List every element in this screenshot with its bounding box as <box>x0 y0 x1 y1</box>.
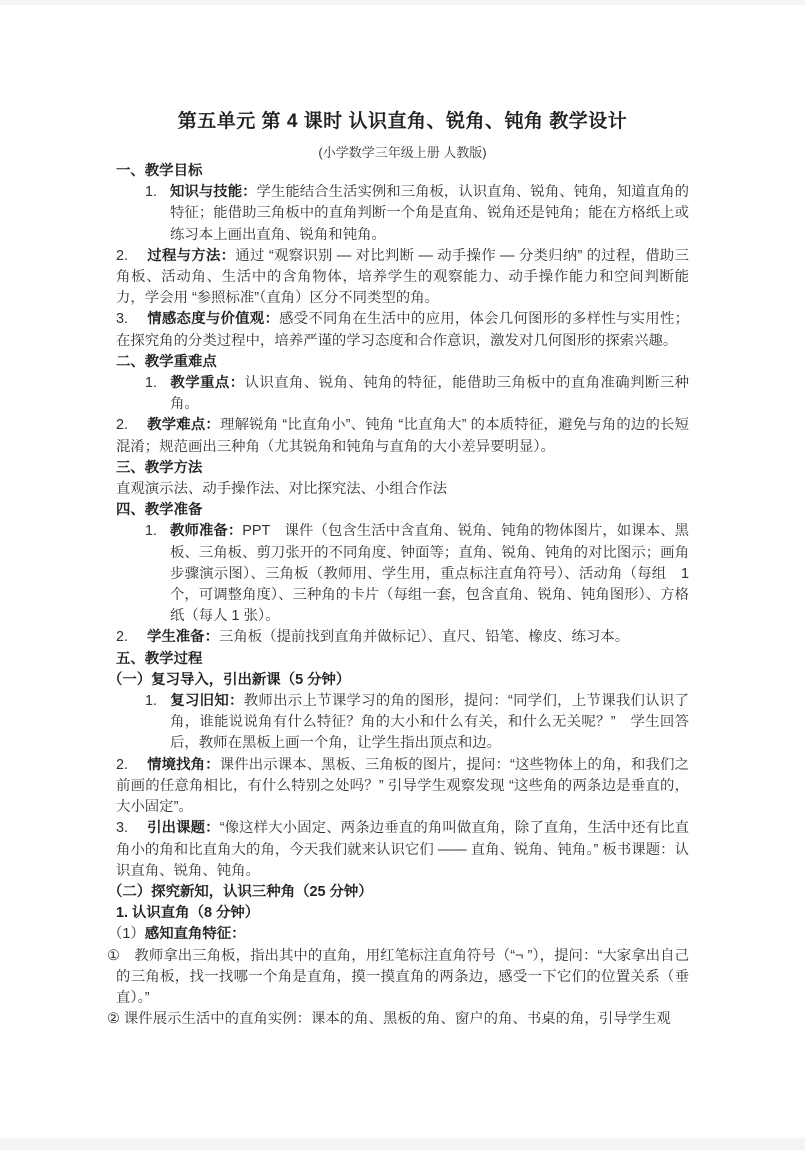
section-heading-key-points: 二、教学重难点 <box>116 352 689 373</box>
lead-label: 教学重点： <box>170 375 245 391</box>
list-item: 1.复习旧知：教师出示上节课学习的角的图形，提问：“同学们，上节课我们认识了角，… <box>116 691 689 755</box>
list-marker: 3. <box>116 309 147 330</box>
doc-body: 一、教学目标 1.知识与技能：学生能结合生活实例和三角板，认识直角、锐角、钝角，… <box>116 161 689 1030</box>
paragraph-methods: 直观演示法、动手操作法、对比探究法、小组合作法 <box>116 479 689 500</box>
lead-label: 教学难点： <box>147 417 220 433</box>
numbered-paragraph: ② 课件展示生活中的直角实例：课本的角、黑板的角、窗户的角、书桌的角，引导学生观 <box>116 1009 689 1030</box>
list-item: 1.教学重点：认识直角、锐角、钝角的特征，能借助三角板中的直角准确判断三种角。 <box>116 373 689 415</box>
page-margin-bottom <box>0 1139 805 1150</box>
section-heading-process: 五、教学过程 <box>116 649 689 670</box>
lead-label: 过程与方法： <box>147 248 235 264</box>
section-heading-preparation: 四、教学准备 <box>116 500 689 521</box>
list-item: 2.情境找角：课件出示课本、黑板、三角板的图片，提问：“这些物体上的角，和我们之… <box>116 755 689 819</box>
section-heading-methods: 三、教学方法 <box>116 458 689 479</box>
item-text: PPT 课件（包含生活中含直角、锐角、钝角的物体图片，如课本、黑板、三角板、剪刀… <box>170 523 689 624</box>
list-marker: 1. <box>145 521 170 542</box>
list-marker: 3. <box>116 818 147 839</box>
item-text: 课件展示生活中的直角实例：课本的角、黑板的角、窗户的角、书桌的角，引导学生观 <box>124 1011 671 1027</box>
list-item: 1.教师准备：PPT 课件（包含生活中含直角、锐角、钝角的物体图片，如课本、黑板… <box>116 521 689 627</box>
subsection-heading-right-angle: 1. 认识直角（8 分钟） <box>116 903 689 924</box>
page-margin-top <box>0 0 805 5</box>
circled-number-marker: ② <box>107 1011 124 1027</box>
item-text: 教师拿出三角板，指出其中的直角，用红笔标注直角符号（“¬ ”），提问：“大家拿出… <box>116 948 689 1006</box>
list-item: 2.过程与方法：通过 “观察识别 — 对比判断 — 动手操作 — 分类归纳” 的… <box>116 246 689 310</box>
lead-label: 情境找角： <box>147 757 220 773</box>
subsection-heading-explore-new: （二）探究新知，认识三种角（25 分钟） <box>108 882 689 903</box>
list-marker: 1. <box>145 182 170 203</box>
list-item: 3.情感态度与价值观：感受不同角在生活中的应用，体会几何图形的多样性与实用性；在… <box>116 309 689 351</box>
list-marker: 1. <box>145 373 170 394</box>
list-item: 2.学生准备：三角板（提前找到直角并做标记）、直尺、铅笔、橡皮、练习本。 <box>116 627 689 648</box>
document-page: 第五单元 第 4 课时 认识直角、锐角、钝角 教学设计 (小学数学三年级上册 人… <box>0 0 805 1150</box>
item-text: 教师出示上节课学习的角的图形，提问：“同学们，上节课我们认识了角，谁能说说角有什… <box>170 693 689 751</box>
list-marker: 1. <box>145 691 170 712</box>
lead-label: 复习旧知： <box>170 693 244 709</box>
lead-label: 学生准备： <box>147 629 219 645</box>
section-heading-objectives: 一、教学目标 <box>116 161 689 182</box>
lead-label: 情感态度与价值观： <box>147 311 279 327</box>
item-text: 三角板（提前找到直角并做标记）、直尺、铅笔、橡皮、练习本。 <box>219 629 629 645</box>
item-text: 认识直角、锐角、钝角的特征，能借助三角板中的直角准确判断三种角。 <box>170 375 689 412</box>
list-item: 2.教学难点：理解锐角 “比直角小”、钝角 “比直角大” 的本质特征，避免与角的… <box>116 415 689 457</box>
numbered-paragraph: ① 教师拿出三角板，指出其中的直角，用红笔标注直角符号（“¬ ”），提问：“大家… <box>116 946 689 1010</box>
doc-subtitle: (小学数学三年级上册 人教版) <box>0 142 805 161</box>
list-marker: 2. <box>116 246 147 267</box>
lead-label: 引出课题： <box>147 820 220 836</box>
paren-marker: （1） <box>108 926 145 942</box>
lead-label: 教师准备： <box>170 523 242 539</box>
lead-label: 感知直角特征： <box>145 926 246 942</box>
list-item: 3.引出课题：“像这样大小固定、两条边垂直的角叫做直角，除了直角，生活中还有比直… <box>116 818 689 882</box>
circled-number-marker: ① <box>107 948 134 964</box>
list-marker: 2. <box>116 415 147 436</box>
list-marker: 2. <box>116 627 147 648</box>
list-item: 1.知识与技能：学生能结合生活实例和三角板，认识直角、锐角、钝角，知道直角的特征… <box>116 182 689 246</box>
list-marker: 2. <box>116 755 147 776</box>
lead-label: 知识与技能： <box>170 184 257 200</box>
subsection-heading-review-intro: （一）复习导入，引出新课（5 分钟） <box>108 670 689 691</box>
doc-title: 第五单元 第 4 课时 认识直角、锐角、钝角 教学设计 <box>0 106 805 133</box>
subsection-heading-perceive-features: （1）感知直角特征： <box>108 924 689 945</box>
